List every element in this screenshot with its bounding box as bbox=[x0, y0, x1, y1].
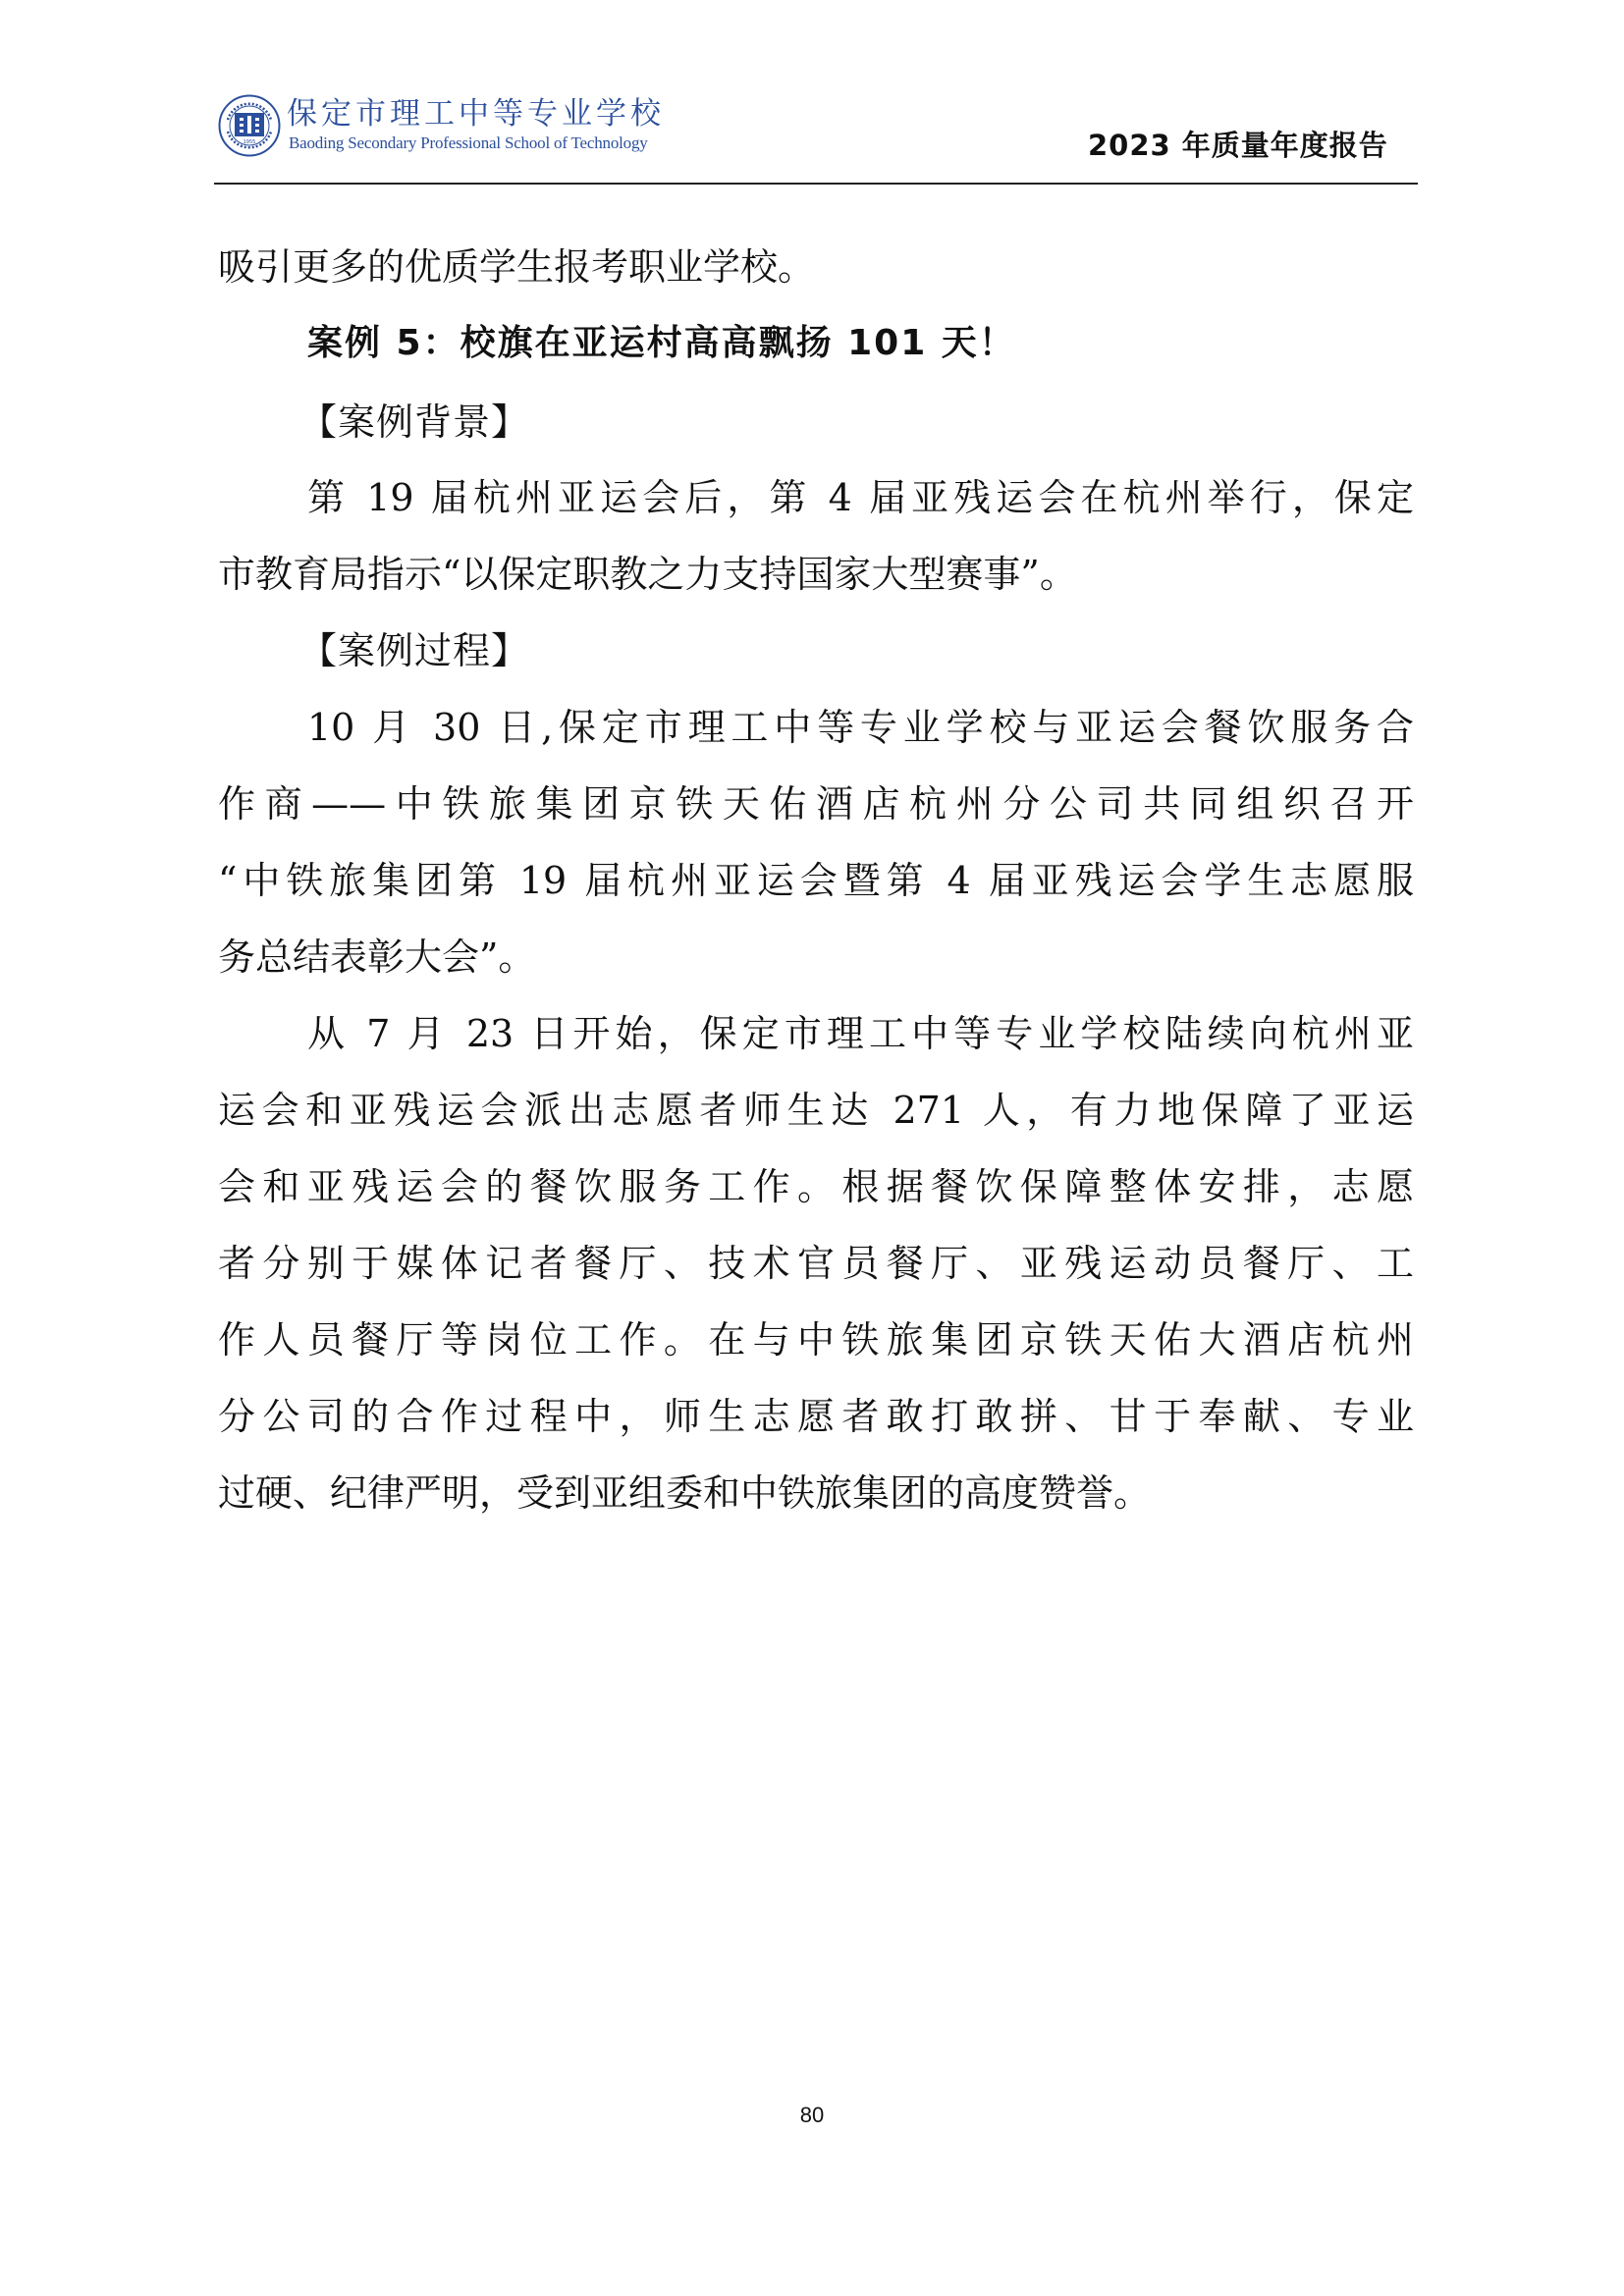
paragraph-line: 作人员餐厅等岗位工作。在与中铁旅集团京铁天佑大酒店杭州 bbox=[218, 1317, 1414, 1362]
paragraph-line: 第 19 届杭州亚运会后，第 4 届亚残运会在杭州举行，保定 bbox=[307, 475, 1414, 520]
paragraph-line: 分公司的合作过程中，师生志愿者敢打敢拼、甘于奉献、专业 bbox=[218, 1394, 1414, 1439]
paragraph-line: 运会和亚残运会派出志愿者师生达 271 人，有力地保障了亚运 bbox=[218, 1088, 1414, 1133]
seal-year: 1955 bbox=[244, 139, 256, 145]
school-name-en: Baoding Secondary Professional School of… bbox=[289, 133, 648, 153]
continuation-text: 吸引更多的优质学生报考职业学校。 bbox=[218, 244, 815, 290]
section-label-process: 【案例过程】 bbox=[299, 628, 529, 673]
paragraph-line: 过硬、纪律严明，受到亚组委和中铁旅集团的高度赞誉。 bbox=[218, 1470, 1151, 1516]
school-seal-icon: 1955 bbox=[218, 94, 281, 157]
report-title: 2023 年质量年度报告 bbox=[1088, 126, 1388, 165]
section-label-background: 【案例背景】 bbox=[299, 400, 529, 445]
paragraph-line: 市教育局指示“以保定职教之力支持国家大型赛事”。 bbox=[218, 552, 1077, 597]
paragraph-line: 10 月 30 日,保定市理工中等专业学校与亚运会餐饮服务合 bbox=[307, 705, 1414, 750]
case-heading: 案例 5：校旗在亚运村高高飘扬 101 天！ bbox=[307, 321, 1016, 366]
paragraph-line: 者分别于媒体记者餐厅、技术官员餐厅、亚残运动员餐厅、工 bbox=[218, 1241, 1414, 1286]
header-divider bbox=[214, 183, 1418, 185]
paragraph-line: 从 7 月 23 日开始，保定市理工中等专业学校陆续向杭州亚 bbox=[307, 1011, 1414, 1056]
page-number: 80 bbox=[0, 2102, 1624, 2129]
paragraph-line: 作商——中铁旅集团京铁天佑酒店杭州分公司共同组织召开 bbox=[218, 781, 1414, 827]
school-name-cn: 保定市理工中等专业学校 bbox=[287, 96, 665, 132]
paragraph-line: 务总结表彰大会”。 bbox=[218, 934, 535, 980]
document-page: 1955 保定市理工中等专业学校 Baoding Secondary Profe… bbox=[0, 0, 1624, 2296]
paragraph-line: “中铁旅集团第 19 届杭州亚运会暨第 4 届亚残运会学生志愿服 bbox=[218, 858, 1414, 903]
paragraph-line: 会和亚残运会的餐饮服务工作。根据餐饮保障整体安排，志愿 bbox=[218, 1164, 1414, 1209]
school-logo: 1955 保定市理工中等专业学校 Baoding Secondary Profe… bbox=[218, 94, 679, 161]
